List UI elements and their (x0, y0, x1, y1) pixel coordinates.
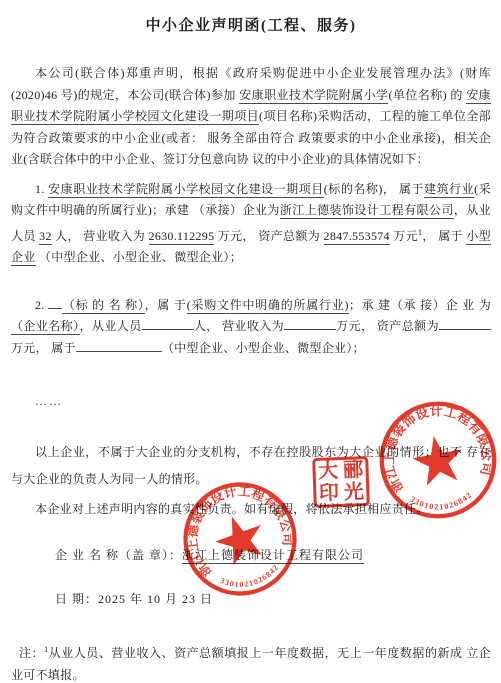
item-2-text-4: 人， 营业收入为 (194, 319, 284, 333)
blank-field (439, 317, 491, 330)
intro-paragraph: 本公司(联合体)郑重声明，根据《政府采购促进中小企业发展管理办法》(财库 (20… (11, 63, 491, 171)
declaration-document: 中小企业声明函(工程、服务) 本公司(联合体)郑重声明，根据《政府采购促进中小企… (0, 0, 501, 683)
seal-char: 郦 (340, 459, 366, 482)
blank-field (284, 317, 336, 330)
item-1-text-1: (标的名称)， 属于 (324, 182, 424, 196)
item-2-number: 2. (35, 298, 48, 312)
employee-count-field: 32 (39, 229, 52, 245)
intro-text-2: (单位名称) 的 (388, 88, 466, 102)
document-content: 中小企业声明函(工程、服务) 本公司(联合体)郑重声明，根据《政府采购促进中小企… (11, 0, 491, 683)
branch-statement-paragraph: 以上企业，不属于大企业的分支机构，不存在控股股东为大企业的情形；也不 存在与大企… (11, 439, 491, 493)
ellipsis-line: …… (11, 391, 491, 413)
item-1-text-5: 万元， 资产总额为 (214, 229, 323, 243)
document-title: 中小企业声明函(工程、服务) (11, 14, 491, 35)
subject-name-placeholder: （标 的 名 称） (62, 298, 144, 314)
industry-field: 建筑行业 (424, 182, 474, 198)
item-2-text-1: ，属 于 (145, 298, 187, 312)
signature-company-name: 浙江上德装饰设计工程有限公司 (182, 548, 364, 564)
blank-field (48, 296, 62, 309)
seal-char: 光 (341, 481, 367, 504)
blank-field (76, 339, 162, 352)
subject-name-field: 安康职业技术学院附属小学校园文化建设一期项目 (48, 182, 324, 198)
signature-label: 企 业 名 称（盖 章）： (55, 548, 182, 562)
revenue-field: 2630.112295 (149, 229, 215, 245)
company-signature-line: 企 业 名 称（盖 章）：浙江上德装饰设计工程有限公司 (11, 545, 491, 567)
industry-placeholder: (采购文件中明确的所属行业) (187, 298, 349, 314)
date-line: 日 期：2025 年 10 月 23 日 (11, 589, 491, 611)
total-assets-field: 2847.553574 (324, 229, 390, 245)
item-1-paragraph: 1. 安康职业技术学院附属小学校园文化建设一期项目(标的名称)， 属于建筑行业(… (11, 179, 491, 269)
item-2-text-5: 万元， 资产总额为 (336, 319, 439, 333)
company-name-placeholder: （企业名称） (11, 319, 80, 335)
footnote-text: 从业人员、营业收入、资产总额填报上一年度数据，无上一年度数据的新成 立企业可不填… (11, 646, 491, 682)
item-2-text-6: 万元， 属于 (11, 341, 76, 355)
item-2-paragraph: 2. （标 的 名 称），属 于(采购文件中明确的所属行业)；承 建（承 接）企… (11, 295, 491, 360)
blank-field (142, 317, 194, 330)
contractor-company-field: 浙江上德装饰设计工程有限公司 (280, 203, 454, 219)
seal-char: 印 (316, 482, 342, 505)
seal-char: 大 (315, 460, 341, 483)
item-1-number: 1. (35, 182, 48, 196)
purchaser-name-field: 安康职业技术学院附属小学 (239, 88, 388, 104)
item-2-text-3: ，从业人员 (80, 319, 142, 333)
item-1-text-4: 人， 营业收入为 (52, 229, 149, 243)
personal-name-seal: 大 郦 印 光 (312, 456, 370, 508)
item-2-text-2: ；承 建（承 接）企 业 为 (349, 298, 491, 312)
responsibility-paragraph: 本企业对上述声明内容的真实性负责。如有虚假，将依法承担相应责任。 (11, 495, 491, 523)
item-2-text-7: （中型企业、小型企业、微型企业）； (162, 341, 365, 355)
item-1-text-8: （中型企业、小型企业、微型企业）； (36, 250, 242, 264)
item-1-text-7: ， 属于 (422, 229, 466, 243)
item-1-text-6: 万元 (390, 229, 418, 243)
footnote-prefix: 注： (19, 646, 44, 660)
footnote-paragraph: 注：1从业人员、营业收入、资产总额填报上一年度数据，无上一年度数据的新成 立企业… (11, 639, 491, 683)
